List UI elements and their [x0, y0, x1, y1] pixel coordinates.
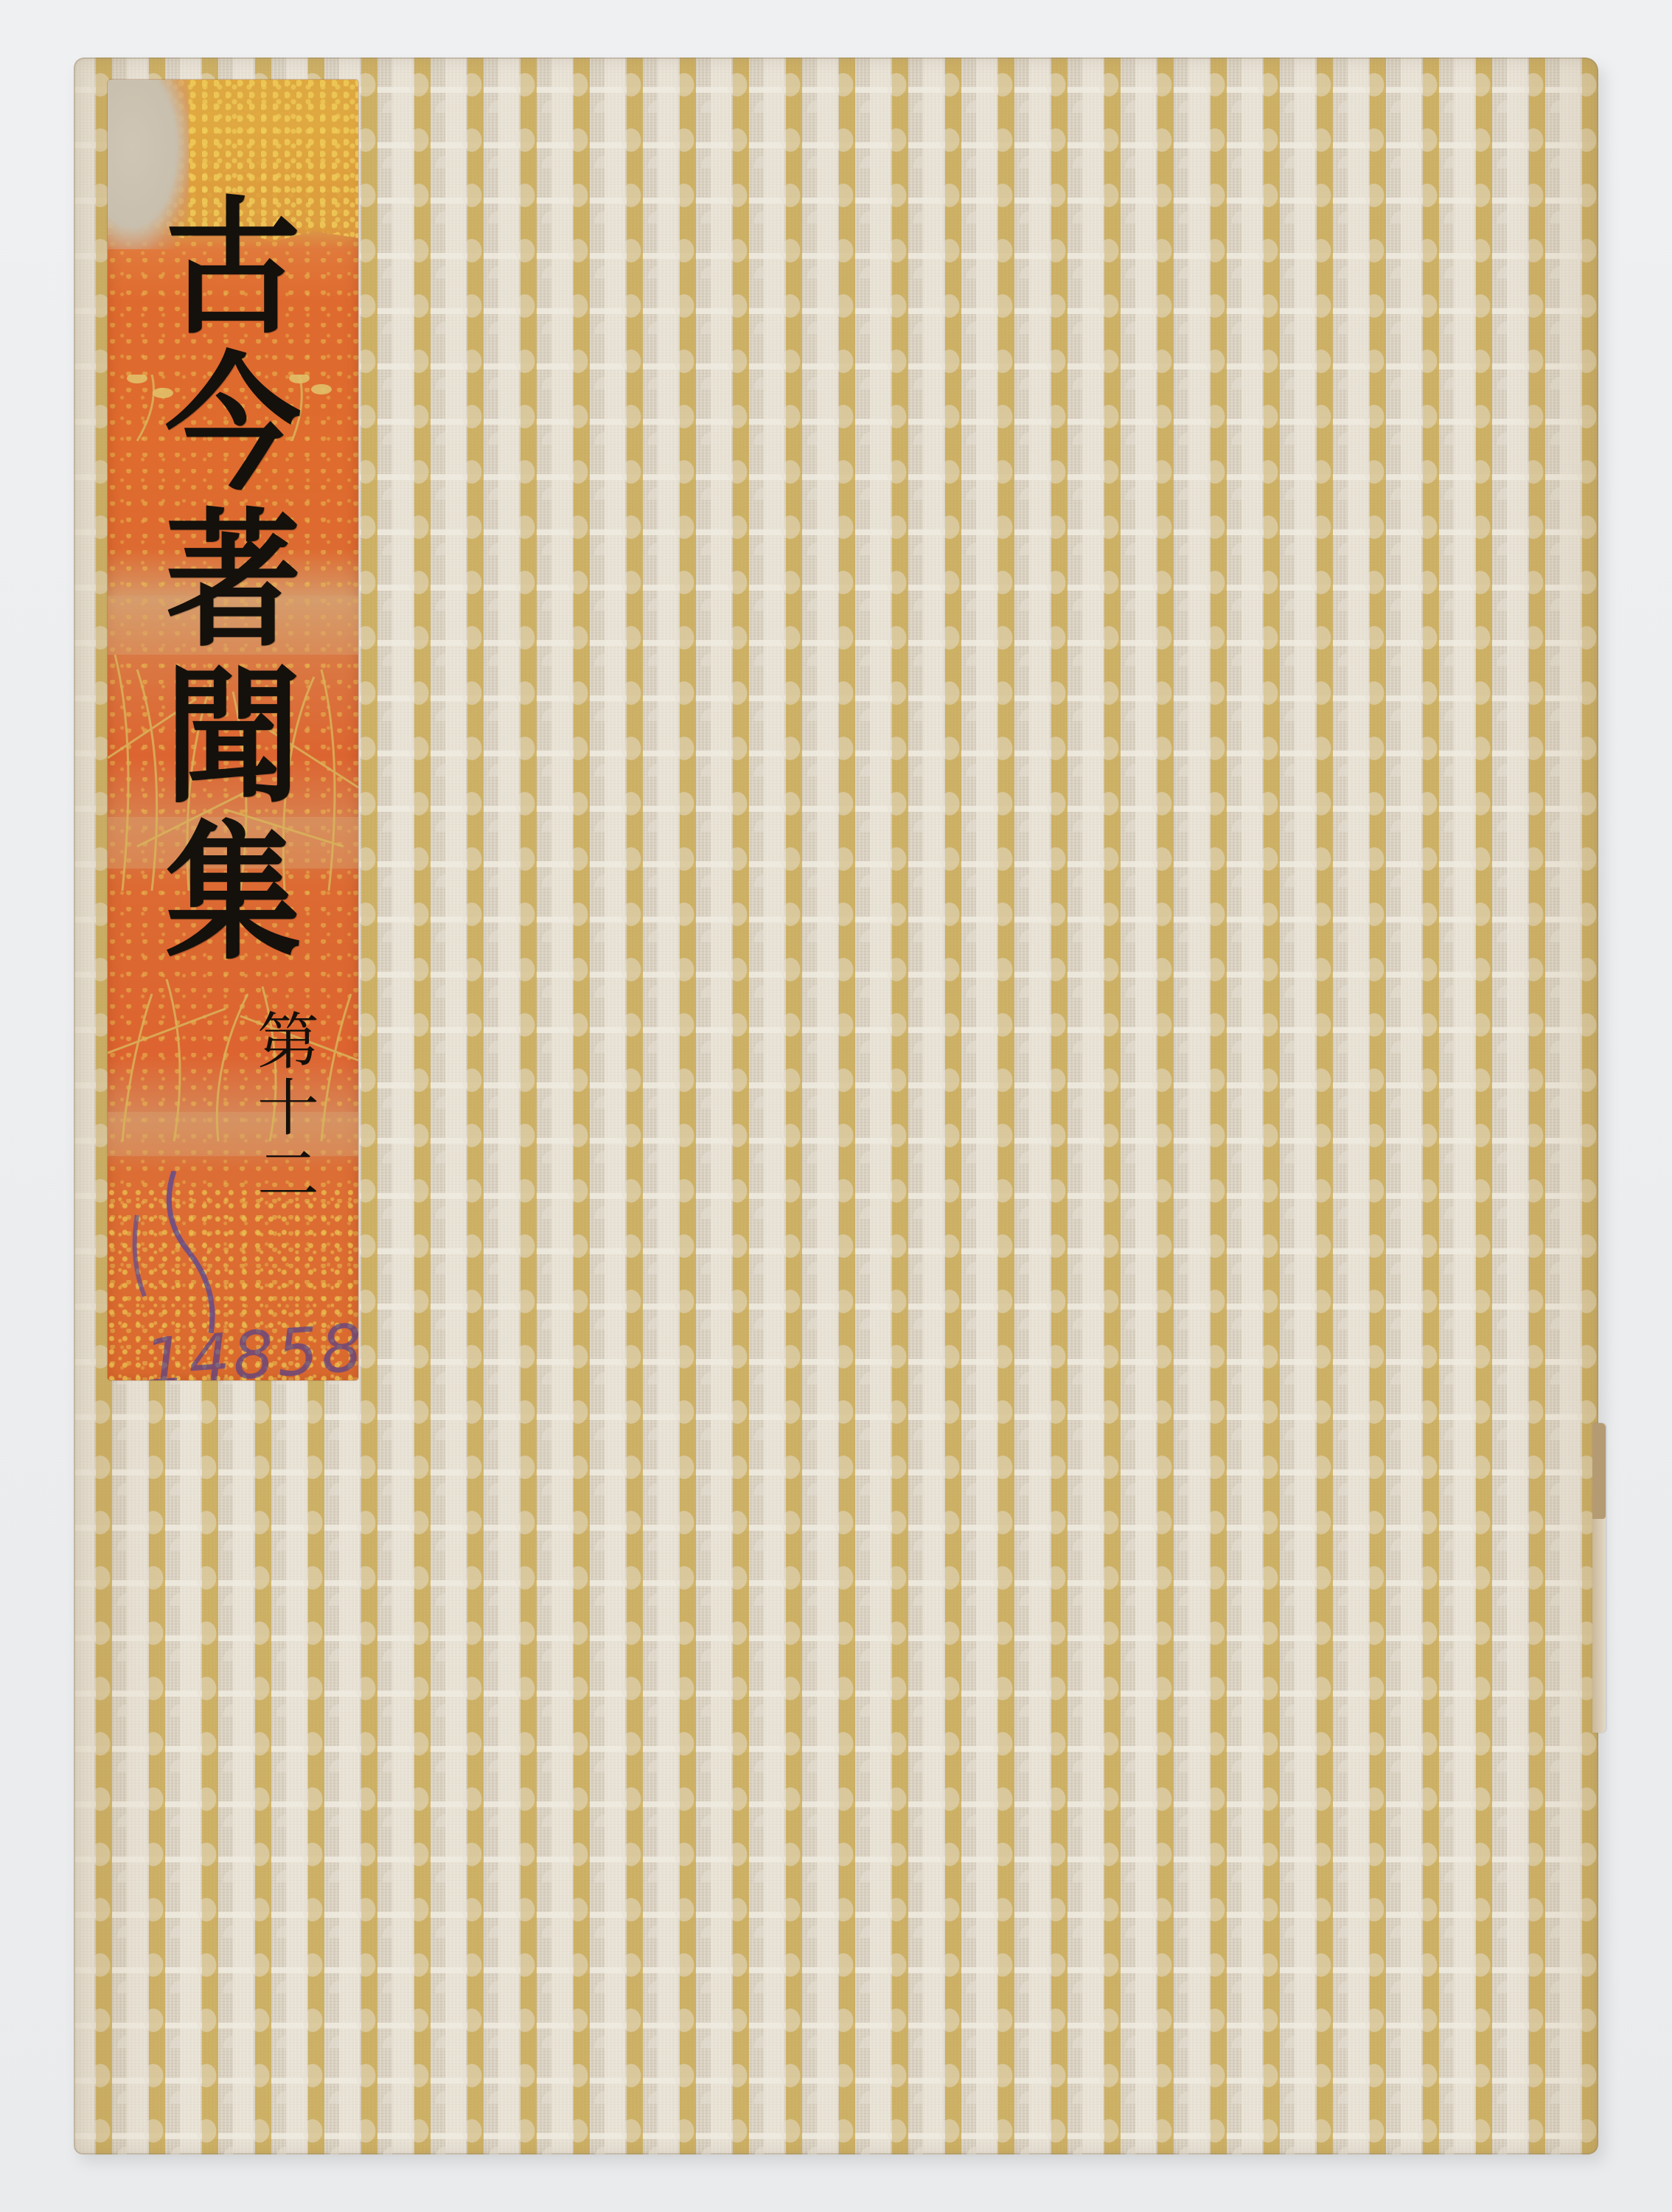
title-char: 聞 [165, 659, 301, 815]
title-calligraphy: 古 今 著 聞 集 [108, 190, 358, 972]
blue-pencil-stroke [130, 1171, 277, 1333]
binding-tab-fold [1592, 1423, 1606, 1519]
title-char: 著 [165, 503, 301, 659]
photo-stage: 古 今 著 聞 集 第 十 二 14858 [0, 0, 1672, 2212]
inventory-number: 14858 [142, 1312, 331, 1380]
volume-char: 第 [257, 1009, 319, 1075]
volume-char: 十 [257, 1075, 319, 1141]
title-slip: 古 今 著 聞 集 第 十 二 14858 [108, 80, 358, 1380]
binding-tab [1592, 1423, 1606, 1733]
title-char: 今 [165, 347, 301, 503]
title-char: 集 [165, 815, 301, 972]
title-char: 古 [165, 190, 301, 347]
